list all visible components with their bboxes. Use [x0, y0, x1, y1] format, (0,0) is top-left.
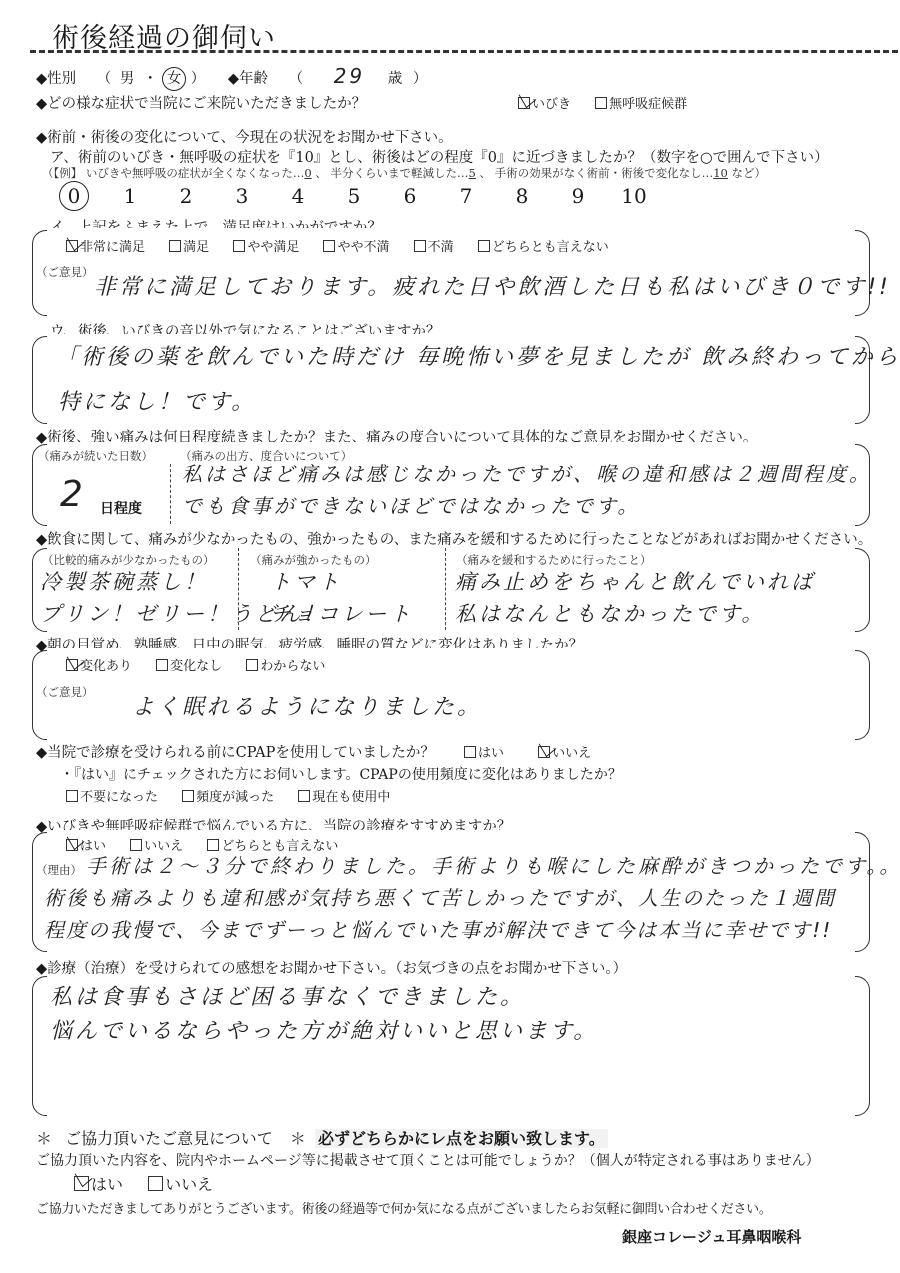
gender-label: ◆性別	[36, 71, 76, 87]
checkbox-icon	[464, 746, 476, 758]
profile-row: ◆性別 （ 男 ・ 女 ） ◆年齢 （ 29 歳 ）	[36, 64, 427, 91]
age-label: ◆年齢	[228, 71, 268, 87]
symptom-options: いびき 無呼吸症候群	[518, 93, 707, 112]
checkbox-icon	[414, 240, 426, 252]
checkbox-somewhat-satisfied[interactable]: やや満足	[233, 240, 299, 255]
checkbox-icon	[233, 240, 245, 252]
food-strong-line2[interactable]: チョコレート	[270, 598, 413, 628]
change-scale: 012345678910	[46, 181, 662, 211]
food-less-line1[interactable]: 冷製茶碗蒸し！	[40, 566, 208, 596]
clinic-name: 銀座コレージュ耳鼻咽喉科	[622, 1226, 801, 1247]
divider	[445, 548, 446, 630]
cpap-followup: ・『はい』にチェックされた方にお伺いします。CPAPの使用頻度に変化はありました…	[60, 764, 622, 784]
recommend-reason-line2[interactable]: 術後も痛みよりも違和感が気持ち悪くて苦しかったですが、人生のたった１週間	[44, 882, 836, 911]
scale-7[interactable]: 7	[438, 184, 494, 208]
age-unit: 歳	[388, 71, 403, 87]
scale-6[interactable]: 6	[382, 184, 438, 208]
pain-days-value[interactable]: 2	[60, 474, 86, 515]
scale-5[interactable]: 5	[326, 184, 382, 208]
checkbox-satisfied[interactable]: 満足	[169, 240, 209, 255]
other-answer-line2[interactable]: 特になし！です。	[58, 385, 256, 416]
checkbox-icon	[182, 790, 194, 802]
checkbox-very-satisfied[interactable]: 非常に満足	[66, 240, 145, 255]
checkbox-icon	[66, 659, 78, 671]
consent-header: ＊ ご協力頂いたご意見について ＊ 必ずどちらかにレ点をお願い致します。	[36, 1126, 608, 1149]
sleep-options: 変化あり 変化なし わからない	[66, 655, 345, 674]
cpap-options: はい いいえ	[464, 742, 611, 761]
checkbox-icon	[66, 240, 78, 252]
change-question: ◆術前・術後の変化について、今現在の状況をお聞かせ下さい。	[36, 126, 453, 147]
scale-1[interactable]: 1	[102, 184, 158, 208]
sleep-opinion[interactable]: よく眠れるようになりました。	[132, 690, 482, 721]
recommend-reason-line3[interactable]: 程度の我慢で、今までずーっと悩んでいた事が解決できて今は本当に幸せです!!	[44, 914, 832, 943]
pain-detail-line2[interactable]: でも食事ができないほどではなかったです。	[182, 490, 640, 519]
checkbox-not-needed[interactable]: 不要になった	[66, 790, 158, 805]
cpap-question: ◆当院で診療を受けられる前にCPAPを使用していましたか？	[36, 741, 435, 762]
checkbox-apnea[interactable]: 無呼吸症候群	[595, 97, 687, 112]
pain-detail-line1[interactable]: 私はさほど痛みは感じなかったですが、喉の違和感は２週間程度。	[182, 458, 872, 487]
checkbox-no-change[interactable]: 変化なし	[156, 659, 222, 674]
divider	[238, 548, 239, 630]
divider	[170, 464, 171, 524]
checkbox-still-using[interactable]: 現在も使用中	[298, 790, 390, 805]
checkbox-unknown[interactable]: わからない	[246, 659, 325, 674]
title-divider	[30, 50, 898, 53]
pain-days-label: （痛みが続いた日数）	[38, 448, 153, 464]
change-instruction: ア、術前のいびき・無呼吸の症状を『10』とし、術後はどの程度『0』に近づきました…	[50, 146, 829, 167]
food-strong-line1[interactable]: トマト	[270, 566, 342, 596]
checkbox-cpap-yes[interactable]: はい	[464, 746, 504, 761]
checkbox-icon	[148, 1176, 163, 1191]
scale-4[interactable]: 4	[270, 184, 326, 208]
consent-question: ご協力頂いた内容を、院内やホームページ等に掲載させて頂くことは可能でしょうか？（…	[36, 1150, 820, 1170]
scale-0[interactable]: 0	[46, 181, 102, 211]
impression-line2[interactable]: 悩んでいるならやった方が絶対いいと思います。	[50, 1014, 598, 1045]
checkbox-icon	[538, 746, 550, 758]
checkbox-icon	[66, 790, 78, 802]
scale-10[interactable]: 10	[606, 184, 662, 208]
opinion-label: （ご意見）	[36, 684, 94, 700]
checkbox-icon	[156, 659, 168, 671]
consent-required-note: 必ずどちらかにレ点をお願い致します。	[315, 1129, 608, 1148]
scale-2[interactable]: 2	[158, 184, 214, 208]
gender-option-female[interactable]: 女	[162, 67, 186, 91]
checkbox-consent-no[interactable]: いいえ	[148, 1175, 213, 1194]
other-answer-line1[interactable]: 「術後の薬を飲んでいた時だけ 毎晩怖い夢を見ましたが 飲み終わってからは	[56, 340, 900, 371]
satisfaction-options: 非常に満足 満足 やや満足 やや不満 不満 どちらとも言えない	[66, 236, 629, 255]
age-value[interactable]: 29	[334, 64, 365, 88]
checkbox-icon	[74, 1176, 89, 1191]
checkbox-cpap-no[interactable]: いいえ	[538, 746, 591, 761]
opinion-label: （ご意見）	[36, 264, 94, 280]
checkbox-icon	[478, 240, 490, 252]
food-relief-line1[interactable]: 痛み止めをちゃんと飲んでいれば	[455, 566, 815, 596]
checkbox-icon	[169, 240, 181, 252]
food-relief-line2[interactable]: 私はなんともなかったです。	[455, 598, 765, 628]
recommend-reason-line1[interactable]: 手術は２～３分で終わりました。手術よりも喉にした麻酔がきつかったです。。	[86, 850, 900, 879]
scale-9[interactable]: 9	[550, 184, 606, 208]
consent-options: はい いいえ	[74, 1172, 233, 1195]
symptom-question: ◆どの様な症状で当院にご来院いただきましたか？	[36, 92, 366, 113]
checkbox-changed[interactable]: 変化あり	[66, 659, 132, 674]
checkbox-less-frequent[interactable]: 頻度が減った	[182, 790, 274, 805]
impression-line1[interactable]: 私は食事もさほど困る事なくできました。	[50, 980, 525, 1011]
reason-label: （理由）	[36, 862, 82, 878]
checkbox-consent-yes[interactable]: はい	[74, 1175, 123, 1194]
checkbox-somewhat-dissatisfied[interactable]: やや不満	[323, 240, 389, 255]
pain-days-unit: 日程度	[100, 498, 142, 518]
checkbox-icon	[595, 97, 607, 109]
checkbox-dissatisfied[interactable]: 不満	[414, 240, 454, 255]
checkbox-icon	[518, 97, 530, 109]
scale-8[interactable]: 8	[494, 184, 550, 208]
change-example: （【例】 いびきや無呼吸の症状が全くなくなった…0 、 半分くらいまで軽減した……	[42, 165, 766, 181]
checkbox-icon	[246, 659, 258, 671]
checkbox-icon	[323, 240, 335, 252]
checkbox-snoring[interactable]: いびき	[518, 97, 571, 112]
checkbox-icon	[298, 790, 310, 802]
satisfaction-opinion[interactable]: 非常に満足しております。疲れた日や飲酒した日も私はいびき０です!!	[94, 270, 891, 301]
checkbox-icon	[66, 839, 78, 851]
footer-thanks: ご協力いただきましてありがとうございます。術後の経過等で何か気になる点がございま…	[36, 1198, 772, 1217]
checkbox-neither[interactable]: どちらとも言えない	[478, 240, 609, 255]
scale-3[interactable]: 3	[214, 184, 270, 208]
cpap-followup-options: 不要になった 頻度が減った 現在も使用中	[66, 786, 410, 805]
gender-option-male[interactable]: 男	[120, 71, 135, 87]
